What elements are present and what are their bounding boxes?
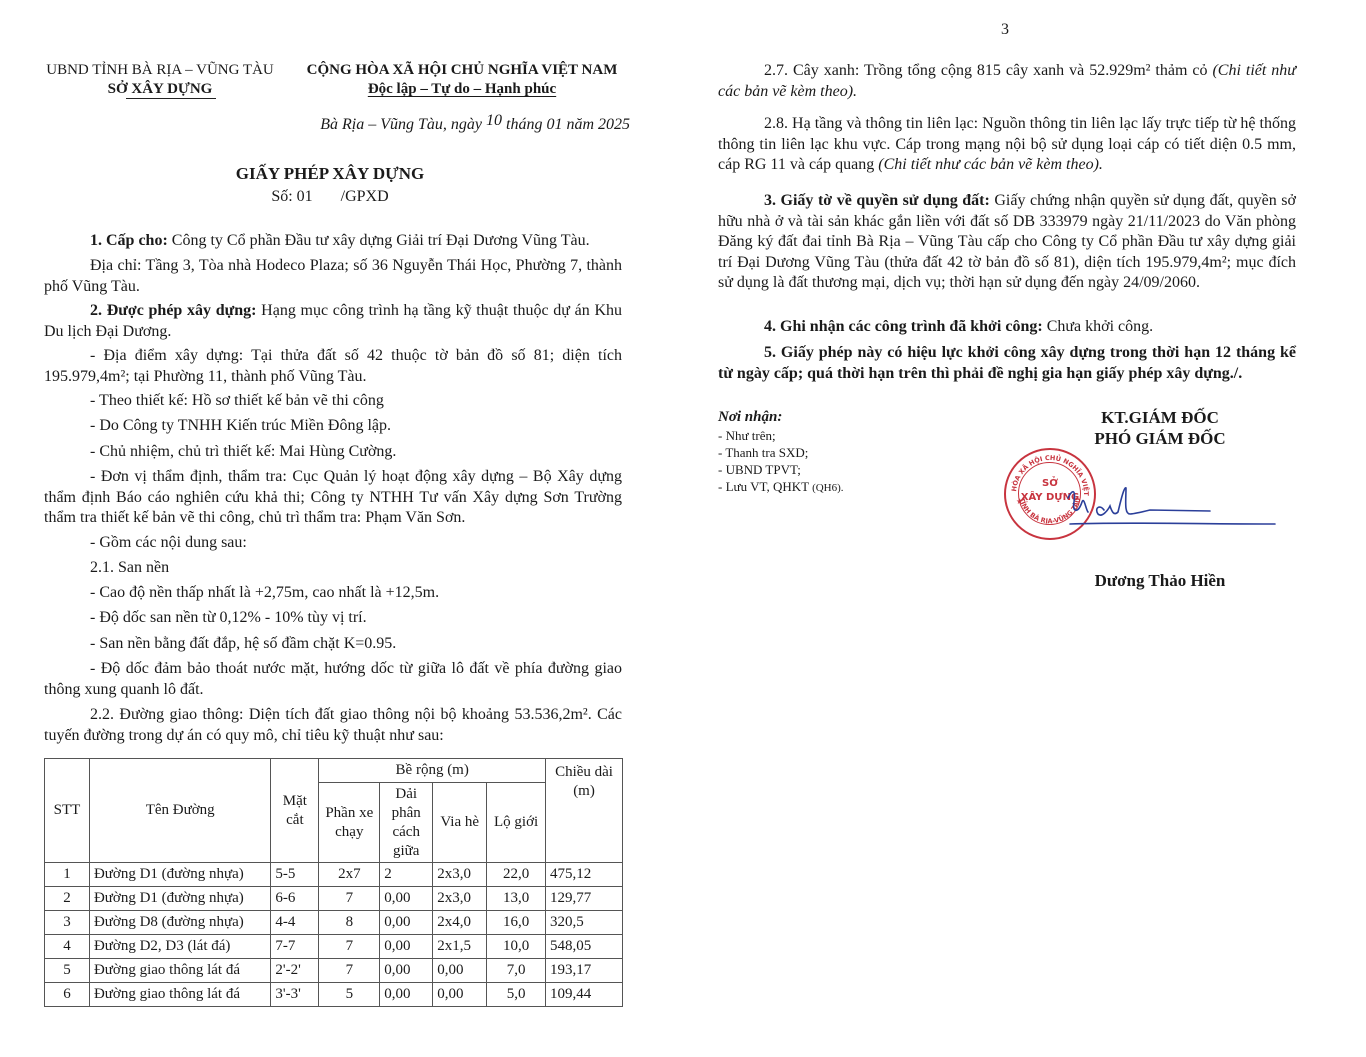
page-number: 3 bbox=[990, 20, 1020, 40]
cell-row-width: 13,0 bbox=[487, 887, 546, 911]
grading-item-text: - Độ dốc đảm bảo thoát nước mặt, hướng d… bbox=[44, 660, 622, 698]
cell-road-name: Đường D1 (đường nhựa) bbox=[89, 887, 270, 911]
grading-item: - Độ dốc đảm bảo thoát nước mặt, hướng d… bbox=[44, 659, 622, 700]
cell-carriageway: 7 bbox=[319, 959, 380, 983]
designer-text: - Do Công ty TNHH Kiến trúc Miền Đông lậ… bbox=[90, 417, 391, 434]
header-road-name: Tên Đường bbox=[89, 759, 270, 863]
cell-median: 0,00 bbox=[380, 935, 433, 959]
address: Địa chỉ: Tầng 3, Tòa nhà Hodeco Plaza; s… bbox=[44, 256, 622, 297]
date-prefix: Bà Rịa – Vũng Tàu, ngày bbox=[320, 116, 482, 133]
cell-length: 320,5 bbox=[546, 911, 623, 935]
table-row: 4Đường D2, D3 (lát đá)7-770,002x1,510,05… bbox=[45, 935, 623, 959]
document-number: Số: 01 /GPXD bbox=[140, 187, 520, 207]
cell-road-name: Đường giao thông lát đá bbox=[89, 983, 270, 1007]
includes-heading: - Gồm các nội dung sau: bbox=[44, 533, 622, 554]
grading-item: - Độ dốc san nền từ 0,12% - 10% tùy vị t… bbox=[44, 608, 622, 629]
section-3-label: 3. Giấy tờ về quyền sử dụng đất: bbox=[764, 192, 990, 209]
recipient-item-suffix: (QH6). bbox=[812, 482, 843, 494]
section-2-2-text: 2.2. Đường giao thông: Diện tích đất gia… bbox=[44, 706, 622, 744]
section-4-text: Chưa khởi công. bbox=[1043, 318, 1153, 335]
includes-text: - Gồm các nội dung sau: bbox=[90, 534, 247, 551]
header-median: Dải phân cách giữa bbox=[380, 783, 433, 863]
designer: - Do Công ty TNHH Kiến trúc Miền Đông lậ… bbox=[44, 416, 622, 437]
cell-stt: 6 bbox=[45, 983, 90, 1007]
section-4-label: 4. Ghi nhận các công trình đã khởi công: bbox=[764, 318, 1043, 335]
cell-road-name: Đường D8 (đường nhựa) bbox=[89, 911, 270, 935]
grading-item-text: - San nền bằng đất đắp, hệ số đầm chặt K… bbox=[90, 635, 396, 652]
cell-sidewalk: 2x1,5 bbox=[433, 935, 487, 959]
cell-carriageway: 7 bbox=[319, 935, 380, 959]
header-length: Chiều dài (m) bbox=[546, 759, 623, 863]
section-4-started-works: 4. Ghi nhận các công trình đã khởi công:… bbox=[718, 317, 1296, 338]
cell-cross-section: 4-4 bbox=[271, 911, 319, 935]
appraisal-unit-text: - Đơn vị thẩm định, thẩm tra: Cục Quản l… bbox=[44, 468, 622, 526]
national-motto-text: Độc lập – Tự do – Hạnh phúc bbox=[368, 81, 556, 97]
section-1-granted-to: 1. Cấp cho: Công ty Cổ phần Đầu tư xây d… bbox=[44, 231, 622, 252]
cell-cross-section: 3'-3' bbox=[271, 983, 319, 1007]
header-carriageway: Phần xe chạy bbox=[319, 783, 380, 863]
national-motto: Độc lập – Tự do – Hạnh phúc bbox=[290, 80, 634, 99]
cell-cross-section: 6-6 bbox=[271, 887, 319, 911]
cell-sidewalk: 2x3,0 bbox=[433, 863, 487, 887]
header-row-width: Lộ giới bbox=[487, 783, 546, 863]
department-name: SỞ XÂY DỰNG bbox=[38, 80, 282, 99]
address-text: Địa chỉ: Tầng 3, Tòa nhà Hodeco Plaza; s… bbox=[44, 257, 622, 295]
cell-row-width: 10,0 bbox=[487, 935, 546, 959]
recipient-item: - Lưu VT, QHKT (QH6). bbox=[718, 478, 844, 497]
cell-row-width: 7,0 bbox=[487, 959, 546, 983]
cell-carriageway: 5 bbox=[319, 983, 380, 1007]
recipient-item: - UBND TPVT; bbox=[718, 461, 801, 478]
section-5-validity: 5. Giấy phép này có hiệu lực khởi công x… bbox=[718, 343, 1296, 384]
construction-location: - Địa điểm xây dựng: Tại thửa đất số 42 … bbox=[44, 346, 622, 387]
cell-median: 0,00 bbox=[380, 983, 433, 1007]
recipient-item: - Thanh tra SXD; bbox=[718, 444, 808, 461]
cell-sidewalk: 0,00 bbox=[433, 959, 487, 983]
cell-median: 0,00 bbox=[380, 911, 433, 935]
table-row: 2Đường D1 (đường nhựa)6-670,002x3,013,01… bbox=[45, 887, 623, 911]
grading-item-text: - Cao độ nền thấp nhất là +2,75m, cao nh… bbox=[90, 584, 439, 601]
cell-cross-section: 7-7 bbox=[271, 935, 319, 959]
cell-road-name: Đường D1 (đường nhựa) bbox=[89, 863, 270, 887]
cell-carriageway: 7 bbox=[319, 887, 380, 911]
section-2-7-text: 2.7. Cây xanh: Trồng tổng cộng 815 cây x… bbox=[764, 62, 1212, 79]
recipients-title: Nơi nhận: bbox=[718, 408, 782, 427]
recipient-item: - Như trên; bbox=[718, 427, 776, 444]
section-2-8-note: (Chi tiết như các bản vẽ kèm theo). bbox=[878, 156, 1103, 173]
section-2-2-roads: 2.2. Đường giao thông: Diện tích đất gia… bbox=[44, 705, 622, 746]
cell-sidewalk: 0,00 bbox=[433, 983, 487, 1007]
cell-cross-section: 2'-2' bbox=[271, 959, 319, 983]
design-lead: - Chủ nhiệm, chủ trì thiết kế: Mai Hùng … bbox=[44, 442, 622, 463]
recipient-item-text: - Lưu VT, QHKT bbox=[718, 479, 809, 494]
document-title: GIẤY PHÉP XÂY DỰNG bbox=[140, 164, 520, 184]
cell-row-width: 22,0 bbox=[487, 863, 546, 887]
cell-median: 2 bbox=[380, 863, 433, 887]
roads-table: STT Tên Đường Mặt cắt Bề rộng (m) Chiều … bbox=[44, 758, 623, 1007]
grading-item: - San nền bằng đất đắp, hệ số đầm chặt K… bbox=[44, 634, 622, 655]
appraisal-unit: - Đơn vị thẩm định, thẩm tra: Cục Quản l… bbox=[44, 467, 622, 529]
cell-carriageway: 2x7 bbox=[319, 863, 380, 887]
section-2-1-title: 2.1. San nền bbox=[44, 558, 622, 579]
header-width-group: Bề rộng (m) bbox=[319, 759, 546, 783]
section-2-7-greenery: 2.7. Cây xanh: Trồng tổng cộng 815 cây x… bbox=[718, 61, 1296, 102]
cell-stt: 4 bbox=[45, 935, 90, 959]
cell-length: 129,77 bbox=[546, 887, 623, 911]
signature-title-1: KT.GIÁM ĐỐC bbox=[1060, 408, 1260, 428]
cell-sidewalk: 2x4,0 bbox=[433, 911, 487, 935]
issue-date: Bà Rịa – Vũng Tàu, ngày 10 tháng 01 năm … bbox=[300, 115, 630, 135]
grading-item-text: - Độ dốc san nền từ 0,12% - 10% tùy vị t… bbox=[90, 609, 367, 626]
cell-median: 0,00 bbox=[380, 959, 433, 983]
cell-stt: 5 bbox=[45, 959, 90, 983]
date-suffix: tháng 01 năm 2025 bbox=[506, 116, 630, 133]
table-row: 1Đường D1 (đường nhựa)5-52x722x3,022,047… bbox=[45, 863, 623, 887]
cell-length: 548,05 bbox=[546, 935, 623, 959]
section-3-land-docs: 3. Giấy tờ về quyền sử dụng đất: Giấy ch… bbox=[718, 191, 1296, 294]
section-2-permitted: 2. Được phép xây dựng: Hạng mục công trì… bbox=[44, 301, 622, 342]
cell-median: 0,00 bbox=[380, 887, 433, 911]
section-2-8-telecom: 2.8. Hạ tầng và thông tin liên lạc: Nguồ… bbox=[718, 114, 1296, 176]
cell-length: 109,44 bbox=[546, 983, 623, 1007]
signer-name: Dương Thảo Hiền bbox=[1060, 571, 1260, 591]
signature-title-2: PHÓ GIÁM ĐỐC bbox=[1060, 429, 1260, 449]
national-title: CỘNG HÒA XÃ HỘI CHỦ NGHĨA VIỆT NAM bbox=[290, 61, 634, 80]
department-name-text: SỞ XÂY DỰNG bbox=[108, 81, 213, 97]
agency-name: UBND TỈNH BÀ RỊA – VŨNG TÀU bbox=[38, 61, 282, 80]
cell-length: 193,17 bbox=[546, 959, 623, 983]
section-5-text: 5. Giấy phép này có hiệu lực khởi công x… bbox=[718, 344, 1296, 382]
cell-row-width: 16,0 bbox=[487, 911, 546, 935]
department-underline bbox=[126, 98, 216, 99]
header-stt: STT bbox=[45, 759, 90, 863]
section-2-label: 2. Được phép xây dựng: bbox=[90, 302, 256, 319]
section-2-1-text: 2.1. San nền bbox=[90, 559, 169, 576]
header-sidewalk: Via hè bbox=[433, 783, 487, 863]
table-row: 5Đường giao thông lát đá2'-2'70,000,007,… bbox=[45, 959, 623, 983]
section-1-text: Công ty Cổ phần Đầu tư xây dựng Giải trí… bbox=[168, 232, 590, 249]
construction-location-text: - Địa điểm xây dựng: Tại thửa đất số 42 … bbox=[44, 347, 622, 385]
grading-item: - Cao độ nền thấp nhất là +2,75m, cao nh… bbox=[44, 583, 622, 604]
cell-road-name: Đường giao thông lát đá bbox=[89, 959, 270, 983]
cell-road-name: Đường D2, D3 (lát đá) bbox=[89, 935, 270, 959]
cell-length: 475,12 bbox=[546, 863, 623, 887]
cell-stt: 2 bbox=[45, 887, 90, 911]
design-lead-text: - Chủ nhiệm, chủ trì thiết kế: Mai Hùng … bbox=[90, 443, 396, 460]
header-cross-section: Mặt cắt bbox=[271, 759, 319, 863]
section-1-label: 1. Cấp cho: bbox=[90, 232, 168, 249]
design-basis: - Theo thiết kế: Hồ sơ thiết kế bản vẽ t… bbox=[44, 391, 622, 412]
cell-sidewalk: 2x3,0 bbox=[433, 887, 487, 911]
cell-carriageway: 8 bbox=[319, 911, 380, 935]
cell-cross-section: 5-5 bbox=[271, 863, 319, 887]
design-basis-text: - Theo thiết kế: Hồ sơ thiết kế bản vẽ t… bbox=[90, 392, 384, 409]
table-row: 6Đường giao thông lát đá3'-3'50,000,005,… bbox=[45, 983, 623, 1007]
handwritten-signature-icon bbox=[1060, 480, 1280, 540]
date-day: 10 bbox=[486, 112, 502, 129]
cell-stt: 1 bbox=[45, 863, 90, 887]
cell-row-width: 5,0 bbox=[487, 983, 546, 1007]
cell-stt: 3 bbox=[45, 911, 90, 935]
table-row: 3Đường D8 (đường nhựa)4-480,002x4,016,03… bbox=[45, 911, 623, 935]
